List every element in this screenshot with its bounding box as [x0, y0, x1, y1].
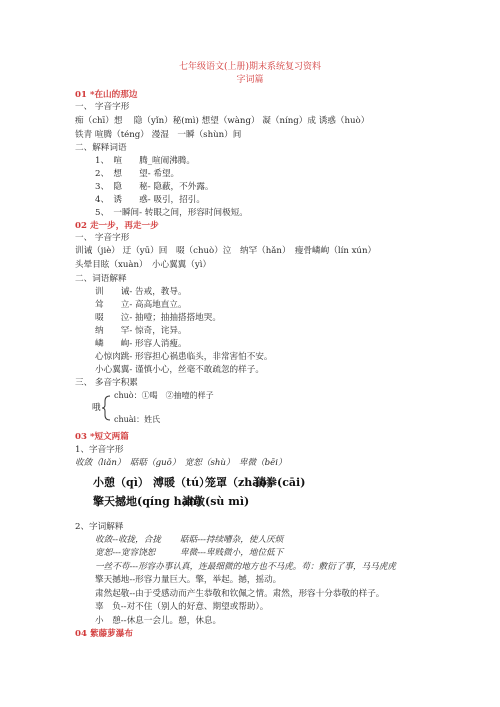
s2-part1-label: 一、 字音字形 [75, 232, 129, 244]
s2-definition-item: 啜 泣- 抽噎；抽抽搭搭地哭。 [95, 312, 221, 324]
s2-definition-item: 纳 罕- 惊奇，诧异。 [95, 325, 187, 337]
s1-definition-item: 5、 一瞬间- 转眼之间，形容时间极短。 [95, 207, 248, 219]
s3-part2-label: 2、字词解释 [75, 521, 123, 533]
s2-definition-item: 嶙 峋- 形容人消瘦。 [95, 338, 187, 350]
s3-definition-item: 宽恕---宽容饶恕 [95, 547, 155, 559]
s1-definition-item: 3、 隐 秘- 隐蔽，不外露。 [95, 181, 214, 193]
s1-definition-item: 4、 诱 惑- 吸引，招引。 [95, 194, 205, 206]
s3-definition-item: 肃然起敬--由于受感动而产生恭敬和钦佩之情。肃然，形容十分恭敬的样子。 [95, 588, 384, 600]
section-heading-03: 03 *短文两篇 [75, 431, 129, 443]
s3-definition-item: 卑微---卑贱微小，地位低下 [180, 547, 283, 559]
s1-part2-label: 二、解释词语 [75, 142, 127, 154]
s3-word: 肃敬(sù mì) [183, 496, 249, 508]
s3-definition-item: 辜 负--对不住（别人的好意、期望或帮助）。 [95, 601, 268, 613]
s2-part2-label: 二、词语解释 [75, 273, 127, 285]
s2-pronunciation-line-1: 训诫（jiè） 迂（yū）回 啜（chuò）泣 纳罕（hǎn） 瘦骨嶙峋（lín… [75, 245, 376, 257]
s2-definition-item: 心惊肉跳- 形容担心祸患临头，非常害怕不安。 [95, 351, 273, 363]
s1-part1-label: 一、 字音字形 [75, 101, 129, 113]
s3-part1-label: 1、字音字形 [75, 444, 123, 456]
s1-pronunciation-line-1: 痴（chī）想 隐（yǐn）秘(mì) 想望（wàng） 凝（níng）成 诱惑… [75, 115, 369, 127]
s2-definition-item: 耸 立- 高高地直立。 [95, 299, 187, 311]
s3-pronunciation-line-1: 收敛（liǎn） 聒聒（guō） 宽恕（shù） 卑微（bēi） [75, 457, 287, 469]
s3-word: 溥暖（tú） [153, 477, 210, 489]
s2-definition-item: 训 诫- 告戒，教导。 [95, 286, 187, 298]
s3-definition-item: 小 憩--休息一会儿。憩，休息。 [95, 615, 221, 627]
s2-definition-item: 小心翼翼- 谨慎小心，丝毫不敢疏忽的样子。 [95, 364, 264, 376]
section-heading-01: 01 *在山的那边 [75, 89, 137, 101]
polyphone-reading-2: chuài：姓氏 [114, 414, 160, 426]
section-heading-02: 02 走一步，再走一步 [75, 220, 159, 232]
s3-word: 猜拳(cāi) [255, 477, 305, 489]
s3-definition-item: 收敛--收拢，合拢 [95, 534, 161, 546]
s1-definition-item: 1、 喧 腾_喧闹沸腾。 [95, 155, 195, 167]
s3-definition-item: 一丝不苟---形容办事认真，连最细微的地方也不马虎。苟：敷衍了事，马马虎虎 [95, 561, 396, 573]
s3-definition-item: 擎天撼地--形容力量巨大。擎，举起。撼，摇动。 [95, 574, 281, 586]
s2-part3-label: 三、 多音字积累 [75, 377, 138, 389]
section-heading-04: 04 紫藤萝瀑布 [75, 628, 133, 640]
s3-word: 小憩（qì） [93, 477, 149, 489]
s3-definition-item: 聒聒---持续嘈杂，使人厌烦 [180, 534, 283, 546]
s1-definition-item: 2、 想 望- 希望。 [95, 168, 179, 180]
s2-pronunciation-line-2: 头晕目眩（xuàn） 小心翼翼（yì） [75, 259, 211, 271]
document-title: 七年级语文(上册)期末系统复习资料 [0, 61, 500, 73]
document-page: 七年级语文(上册)期末系统复习资料 字词篇 01 *在山的那边 一、 字音字形 … [0, 0, 500, 707]
curly-brace-icon [100, 395, 112, 421]
s1-pronunciation-line-2: 铁青 喧腾（téng） 漫湿 一瞬（shùn）间 [75, 129, 241, 141]
polyphone-reading-1: chuò：①喝 ②抽噎的样子 [114, 390, 214, 402]
document-subtitle: 字词篇 [0, 74, 500, 86]
